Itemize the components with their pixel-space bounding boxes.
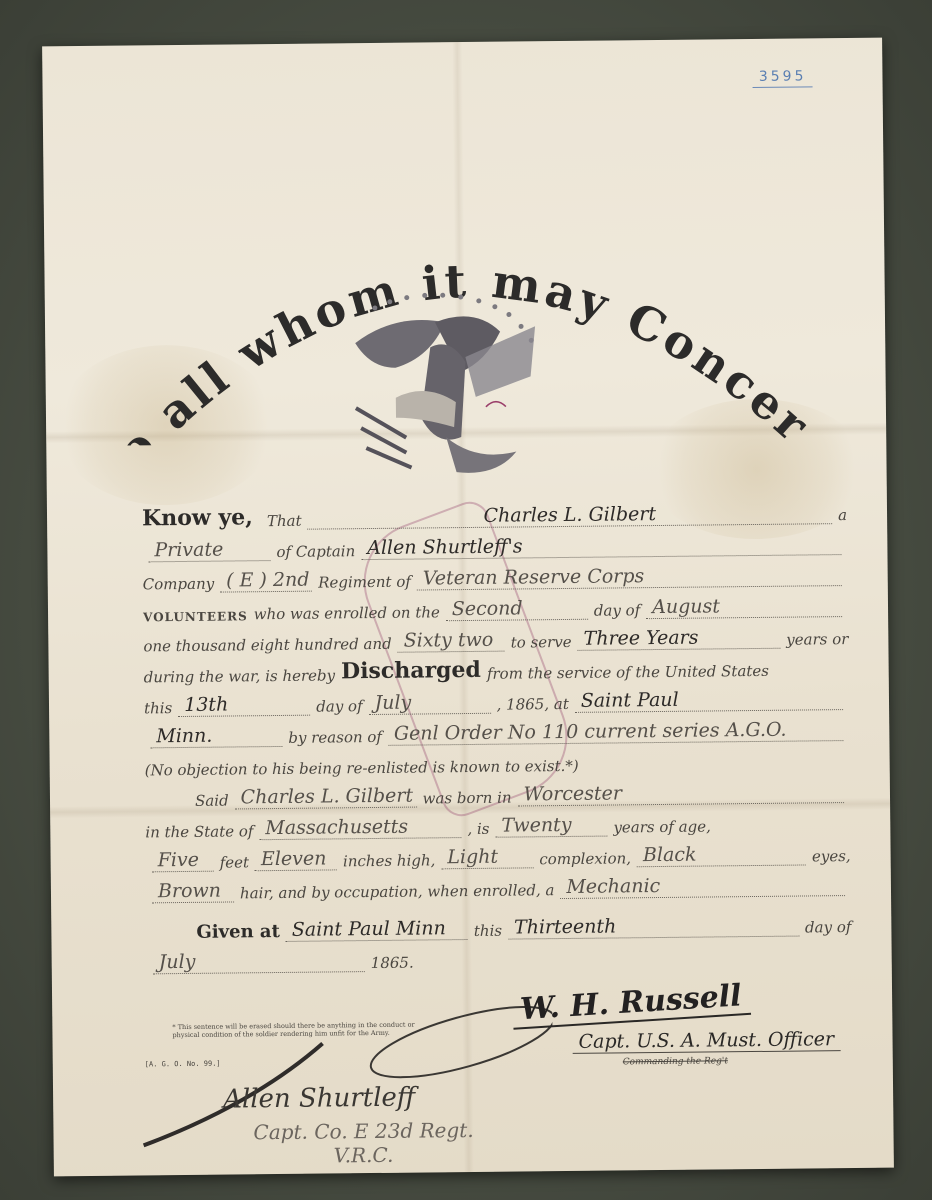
during-war-label: during the war, is hereby: [144, 666, 336, 686]
feet-label: feet: [220, 853, 250, 871]
inches-high-label: inches high,: [343, 851, 436, 870]
discharged-label: Discharged: [341, 657, 481, 684]
regiment-of-label: Regiment of: [318, 573, 411, 592]
given-place-field: Saint Paul Minn: [286, 917, 468, 942]
struck-caption: Commanding the Reg't: [623, 1055, 873, 1068]
hair-field: Brown: [152, 879, 234, 903]
company-label: Company: [143, 575, 215, 594]
discharge-place-field: Saint Paul: [575, 687, 843, 713]
given-day-field: Thirteenth: [508, 914, 799, 940]
officer-signature: W. H. Russell: [511, 978, 750, 1030]
occupation-field: Mechanic: [560, 873, 845, 899]
birthplace-field: Worcester: [517, 780, 844, 806]
said-name-field: Charles L. Gilbert: [234, 785, 416, 810]
know-ye-label: Know ye,: [142, 504, 253, 531]
discharge-day-field: 13th: [178, 693, 310, 717]
enrolled-month-field: August: [646, 594, 842, 619]
day-of-end-label: day of: [805, 918, 852, 936]
commander-title: Capt. Co. E 23d Regt.: [253, 1118, 473, 1144]
footnote: * This sentence will be erased should th…: [172, 1020, 432, 1039]
place-state-field: Minn.: [150, 724, 282, 748]
in-state-of-label: in the State of: [145, 822, 253, 841]
certificate-body: Know ye, That Charles L. Gilbert a Priva…: [142, 493, 852, 974]
form-code: [A. G. O. No. 99.]: [145, 1060, 221, 1069]
to-serve-label: to serve: [511, 633, 572, 652]
born-in-label: was born in: [423, 789, 512, 808]
this-word-label: this: [474, 922, 502, 940]
complexion-field: Light: [441, 845, 533, 869]
said-label: Said: [195, 792, 229, 810]
discharge-year-label: , 1865, at: [496, 695, 568, 714]
height-feet-field: Five: [152, 849, 214, 873]
years-of-age-label: years of age,: [613, 817, 711, 836]
complexion-label: complexion,: [539, 849, 631, 868]
eagle-emblem-icon: [335, 286, 567, 483]
signature-commanding-officer: Allen Shurtleff Capt. Co. E 23d Regt. V.…: [223, 1082, 474, 1169]
is-label: , is: [467, 820, 489, 838]
given-month-field: July: [153, 949, 365, 974]
day-of-label: day of: [594, 601, 641, 619]
discharge-certificate: 3595 To all whom it may Concern: Know ye…: [42, 38, 894, 1177]
a-label: a: [838, 506, 847, 524]
given-at-label: Given at: [196, 921, 280, 943]
state-field: Massachusetts: [259, 815, 461, 840]
rank-field: Private: [148, 538, 270, 562]
eyes-label: eyes,: [812, 847, 851, 865]
age-field: Twenty: [495, 814, 607, 838]
line-given-month: July 1865.: [147, 936, 852, 974]
signature-mustering-officer: W. H. Russell Capt. U.S. A. Must. Office…: [512, 983, 873, 1069]
discharge-month-field: July: [368, 691, 490, 715]
enrolled-label: who was enrolled on the: [254, 603, 440, 623]
commander-unit: V.R.C.: [334, 1142, 474, 1167]
day-of-label-2: day of: [316, 697, 363, 715]
commander-signature: Allen Shurtleff: [223, 1082, 473, 1115]
eyes-field: Black: [637, 842, 806, 867]
enrolled-day-field: Second: [446, 597, 588, 621]
volunteers-label: VOLUNTEERS: [143, 609, 248, 624]
of-captain-label: of Captain: [276, 542, 355, 561]
reference-number: 3595: [753, 68, 813, 88]
term-field: Three Years: [577, 626, 780, 651]
years-or-label: years or: [786, 630, 848, 649]
by-reason-label: by reason of: [288, 728, 382, 747]
height-inches-field: Eleven: [255, 847, 337, 871]
enrolled-year-field: Sixty two: [398, 629, 505, 653]
company-letter-field: ( E ) 2nd: [220, 569, 312, 593]
given-year-label: 1865.: [371, 954, 414, 972]
officer-title: Capt. U.S. A. Must. Officer: [572, 1028, 840, 1054]
that-label: That: [267, 512, 302, 530]
this-label: this: [144, 699, 172, 717]
